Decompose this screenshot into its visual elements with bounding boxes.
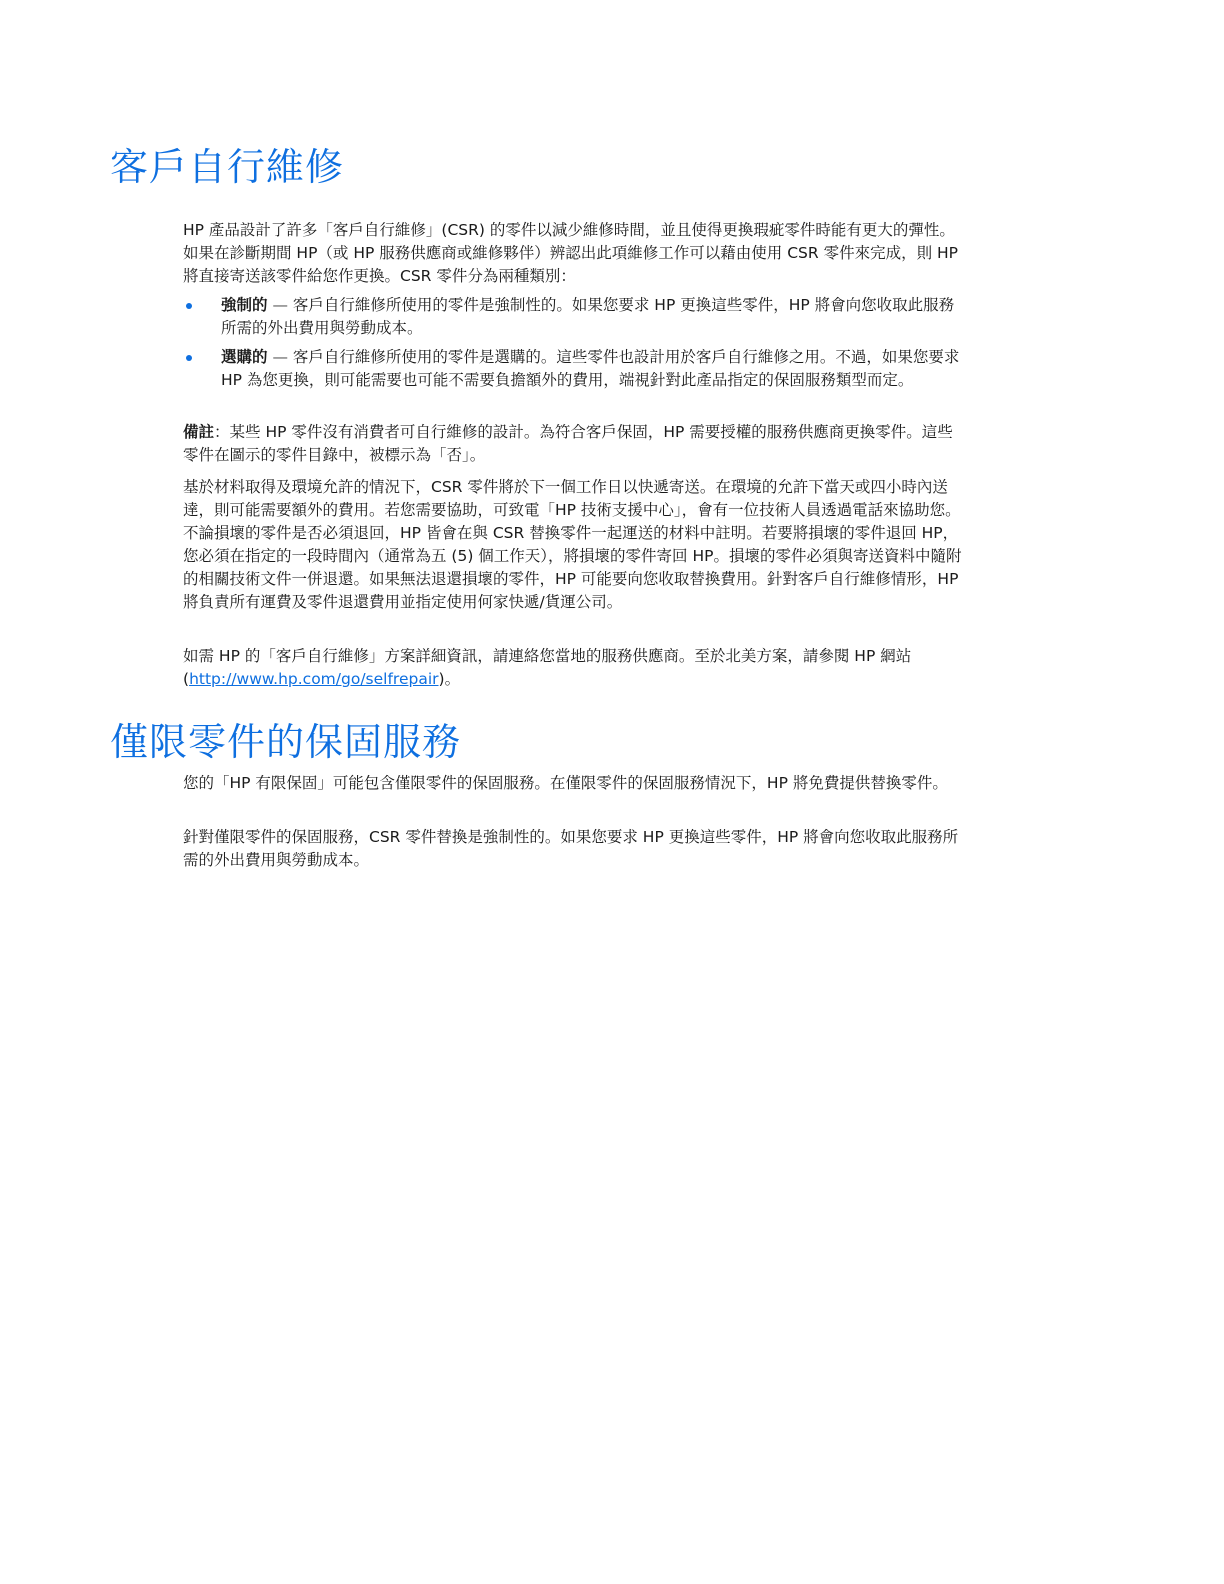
bullet-list-optional: 選購的 — 客戶自行維修所使用的零件是選購的。這些零件也設計用於客戶自行維修之用… <box>183 346 963 392</box>
info-text-after: )。 <box>439 670 461 688</box>
selfrepair-link[interactable]: http://www.hp.com/go/selfrepair <box>189 670 438 688</box>
shipping-paragraph-block: 基於材料取得及環境允許的情況下，CSR 零件將於下一個工作日以快遞寄送。在環境的… <box>183 476 963 614</box>
warranty-paragraph-2-block: 針對僅限零件的保固服務，CSR 零件替換是強制性的。如果您要求 HP 更換這些零… <box>183 826 963 872</box>
em-dash: — <box>268 296 293 314</box>
shipping-paragraph: 基於材料取得及環境允許的情況下，CSR 零件將於下一個工作日以快遞寄送。在環境的… <box>183 476 963 614</box>
section-title-customer-self-repair: 客戶自行維修 <box>110 144 344 190</box>
note-block: 備註：某些 HP 零件沒有消費者可自行維修的設計。為符合客戶保固，HP 需要授權… <box>183 421 963 467</box>
warranty-paragraph-1-block: 您的「HP 有限保固」可能包含僅限零件的保固服務。在僅限零件的保固服務情況下，H… <box>183 772 963 795</box>
term-mandatory: 強制的 <box>221 296 268 314</box>
em-dash: — <box>268 348 293 366</box>
bullet-dot-icon <box>186 355 192 361</box>
note-text: ：某些 HP 零件沒有消費者可自行維修的設計。為符合客戶保固，HP 需要授權的服… <box>183 423 953 464</box>
info-paragraph: 如需 HP 的「客戶自行維修」方案詳細資訊，請連絡您當地的服務供應商。至於北美方… <box>183 645 963 691</box>
info-paragraph-block: 如需 HP 的「客戶自行維修」方案詳細資訊，請連絡您當地的服務供應商。至於北美方… <box>183 645 963 691</box>
bullet-text-mandatory: 客戶自行維修所使用的零件是強制性的。如果您要求 HP 更換這些零件，HP 將會向… <box>221 296 954 337</box>
warranty-paragraph-1: 您的「HP 有限保固」可能包含僅限零件的保固服務。在僅限零件的保固服務情況下，H… <box>183 772 963 795</box>
note-label: 備註 <box>183 423 214 441</box>
list-item-optional: 選購的 — 客戶自行維修所使用的零件是選購的。這些零件也設計用於客戶自行維修之用… <box>183 346 963 392</box>
bullet-list-mandatory: 強制的 — 客戶自行維修所使用的零件是強制性的。如果您要求 HP 更換這些零件，… <box>183 294 963 340</box>
document-page: 客戶自行維修 HP 產品設計了許多「客戶自行維修」(CSR) 的零件以減少維修時… <box>0 0 1224 1584</box>
intro-paragraph: HP 產品設計了許多「客戶自行維修」(CSR) 的零件以減少維修時間，並且使得更… <box>183 219 963 288</box>
list-item-mandatory: 強制的 — 客戶自行維修所使用的零件是強制性的。如果您要求 HP 更換這些零件，… <box>183 294 963 340</box>
warranty-paragraph-2: 針對僅限零件的保固服務，CSR 零件替換是強制性的。如果您要求 HP 更換這些零… <box>183 826 963 872</box>
note-paragraph: 備註：某些 HP 零件沒有消費者可自行維修的設計。為符合客戶保固，HP 需要授權… <box>183 421 963 467</box>
bullet-dot-icon <box>186 303 192 309</box>
section-title-parts-only-warranty: 僅限零件的保固服務 <box>110 719 461 765</box>
bullet-text-optional: 客戶自行維修所使用的零件是選購的。這些零件也設計用於客戶自行維修之用。不過，如果… <box>221 348 959 389</box>
term-optional: 選購的 <box>221 348 268 366</box>
intro-paragraph-block: HP 產品設計了許多「客戶自行維修」(CSR) 的零件以減少維修時間，並且使得更… <box>183 219 963 288</box>
